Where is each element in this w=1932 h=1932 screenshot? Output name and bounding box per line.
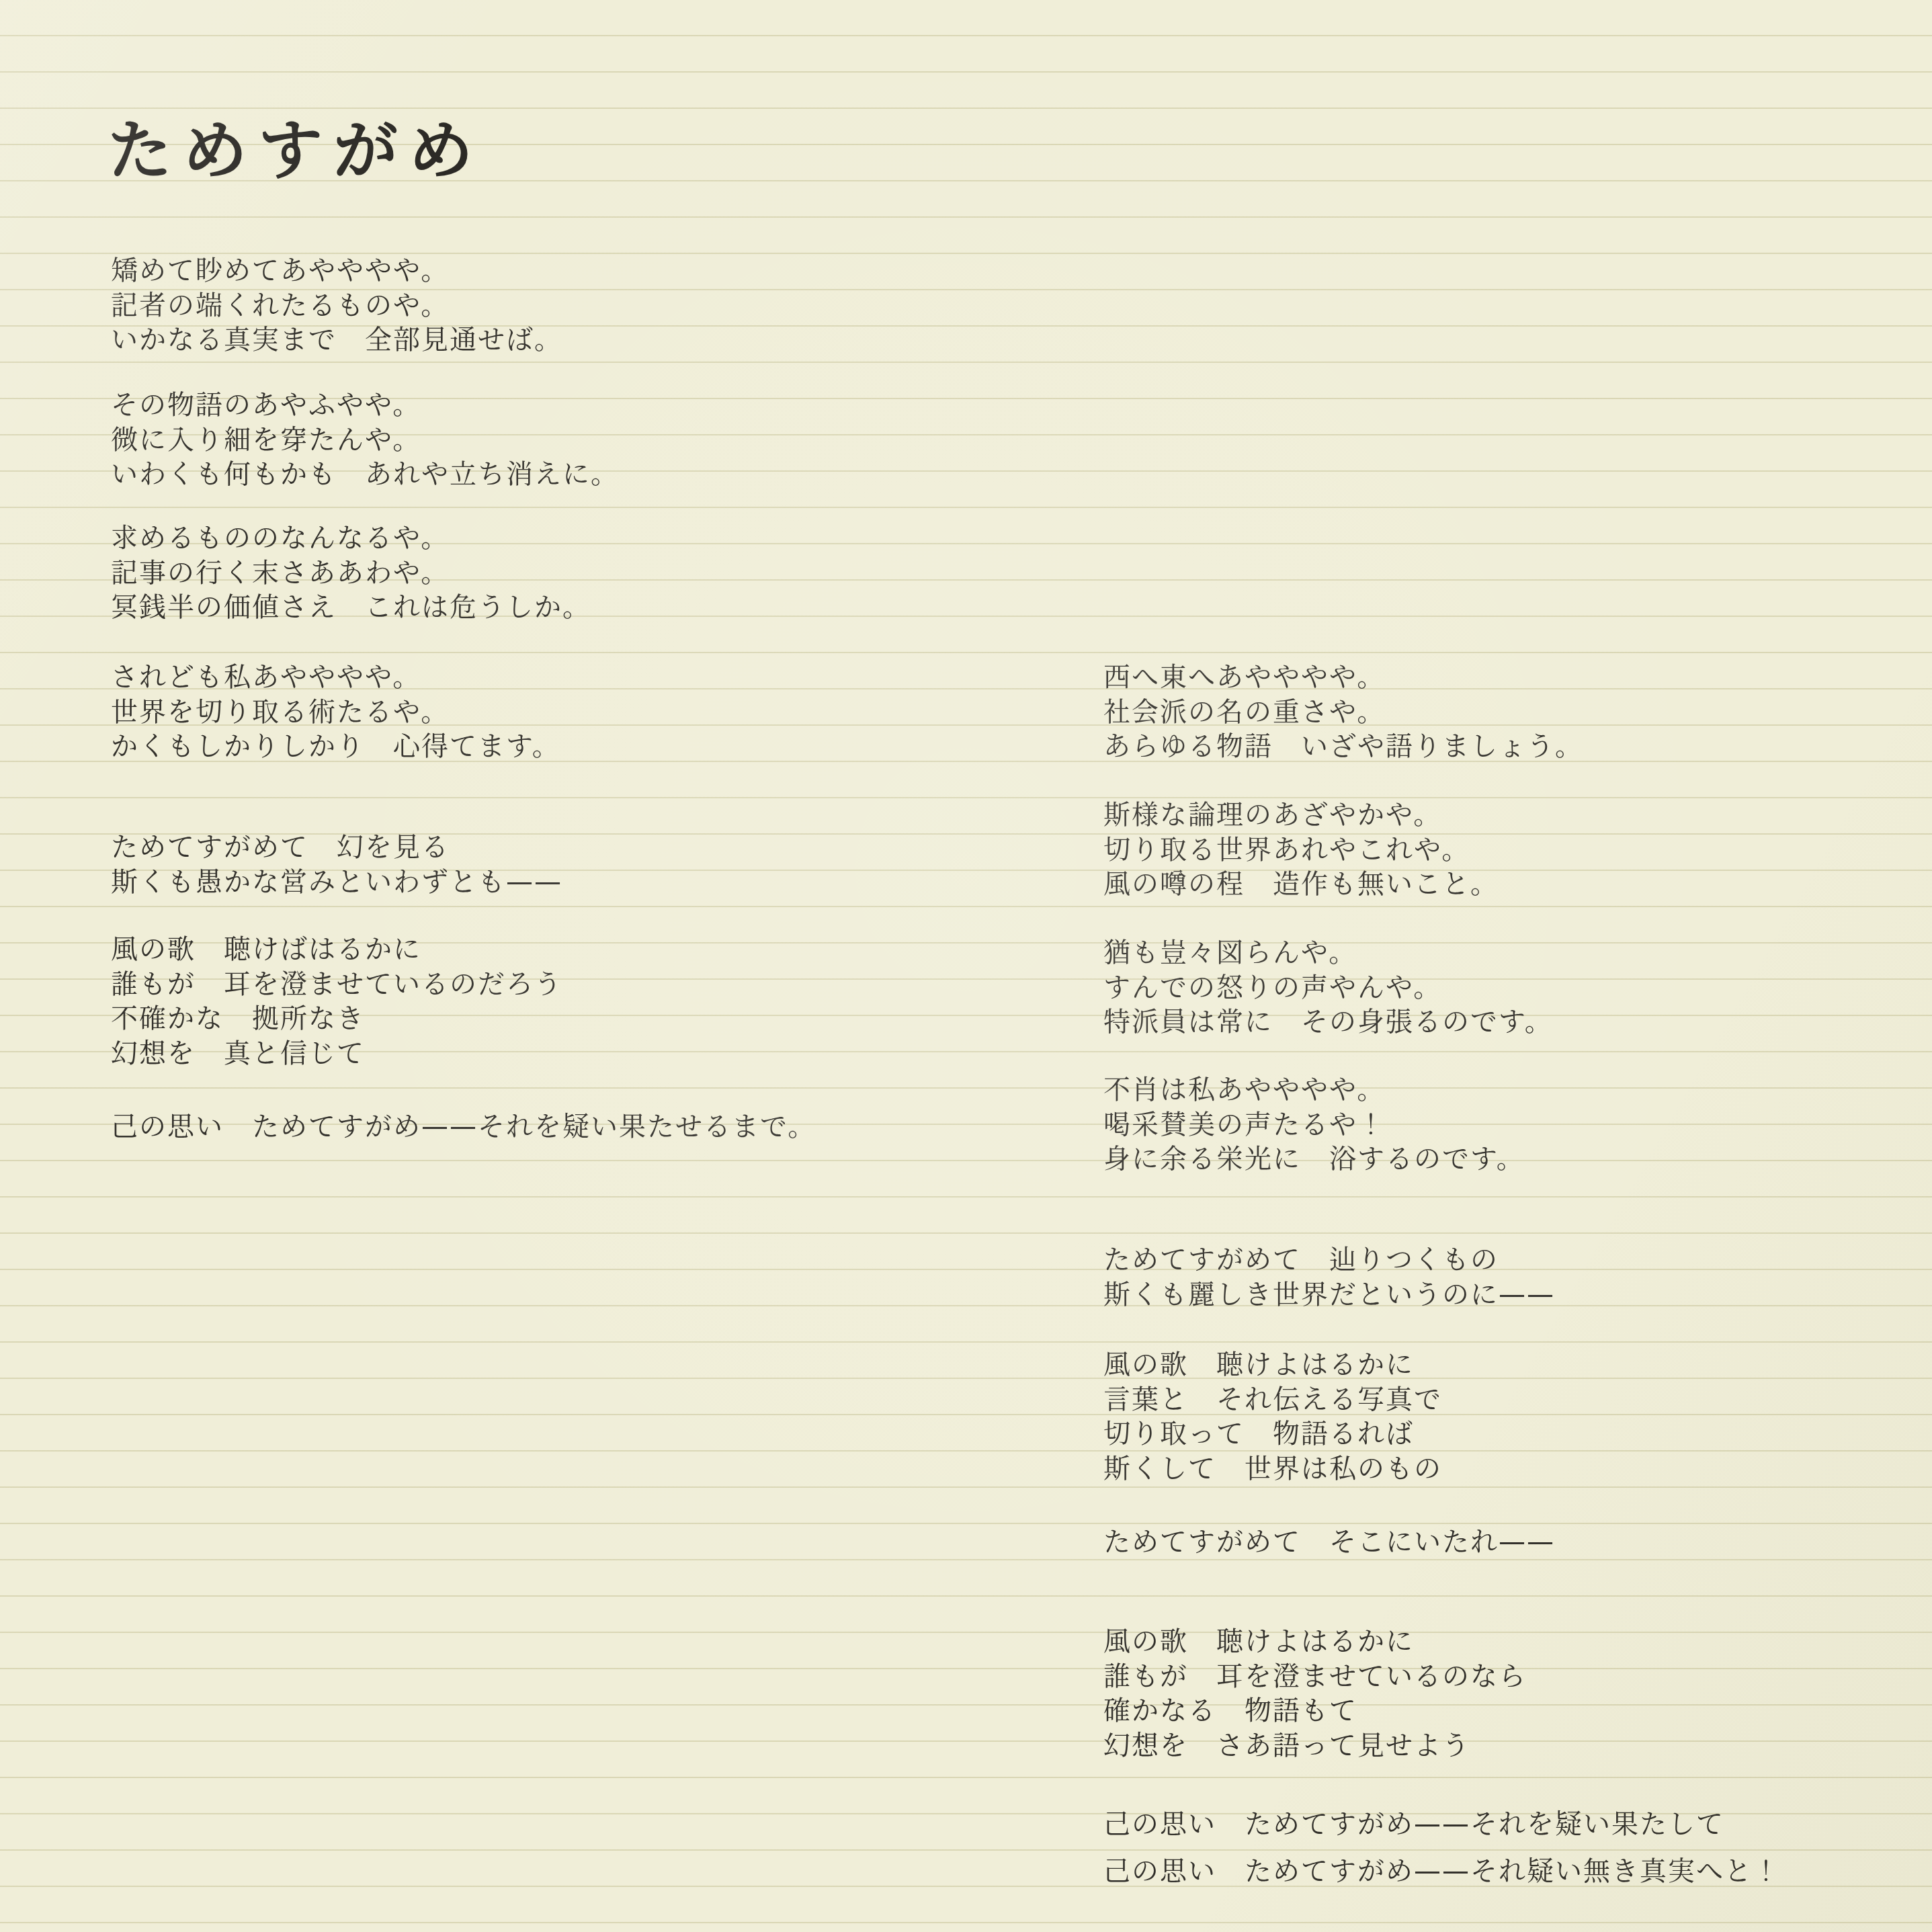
stanza-right-9: 己の思い ためてすがめ——それを疑い果たして — [1103, 1808, 1724, 1843]
stanza-left-6: 風の歌 聴けばはるかに 誰もが 耳を澄ませているのだろう 不確かな 拠所なき 幻… — [111, 933, 562, 1071]
stanza-left-1: 矯めて眇めてあやややや。 記者の端くれたるものや。 いかなる真実まで 全部見通せ… — [111, 254, 562, 358]
stanza-right-4: 不肖は私あやややや。 喝采賛美の声たるや！ 身に余る栄光に 浴するのです。 — [1103, 1073, 1525, 1177]
stanza-left-4: されども私あやややや。 世界を切り取る術たるや。 かくもしかりしかり 心得てます… — [111, 661, 560, 765]
stanza-right-8: 風の歌 聴けよはるかに 誰もが 耳を澄ませているのなら 確かなる 物語もて 幻想… — [1103, 1625, 1527, 1763]
stanza-left-3: 求めるもののなんなるや。 記事の行く末さああわや。 冥銭半の価値さえ これは危う… — [111, 521, 591, 626]
lyric-sheet: ためすがめ 矯めて眇めてあやややや。 記者の端くれたるものや。 いかなる真実まで… — [0, 0, 1932, 1932]
stanza-left-2: その物語のあやふやや。 微に入り細を穿たんや。 いわくも何もかも あれや立ち消え… — [111, 388, 619, 493]
stanza-right-1: 西へ東へあやややや。 社会派の名の重さや。 あらゆる物語 いざや語りましょう。 — [1103, 661, 1583, 765]
stanza-right-10: 己の思い ためてすがめ——それ疑い無き真実へと！ — [1103, 1855, 1781, 1890]
stanza-right-3: 猶も豈々図らんや。 すんでの怒りの声やんや。 特派員は常に その身張るのです。 — [1103, 936, 1553, 1040]
stanza-left-5: ためてすがめて 幻を見る 斯くも愚かな営みといわずとも—— — [111, 831, 562, 900]
stanza-left-7: 己の思い ためてすがめ——それを疑い果たせるまで。 — [111, 1110, 816, 1145]
stanza-right-6: 風の歌 聴けよはるかに 言葉と それ伝える写真で 切り取って 物語るれば 斯くし… — [1103, 1348, 1442, 1486]
stanza-right-7: ためてすがめて そこにいたれ—— — [1103, 1525, 1555, 1560]
stanza-right-5: ためてすがめて 辿りつくもの 斯くも麗しき世界だというのに—— — [1103, 1243, 1555, 1312]
song-title: ためすがめ — [108, 99, 484, 192]
stanza-right-2: 斯様な論理のあざやかや。 切り取る世界あれやこれや。 風の噂の程 造作も無いこと… — [1103, 798, 1499, 902]
